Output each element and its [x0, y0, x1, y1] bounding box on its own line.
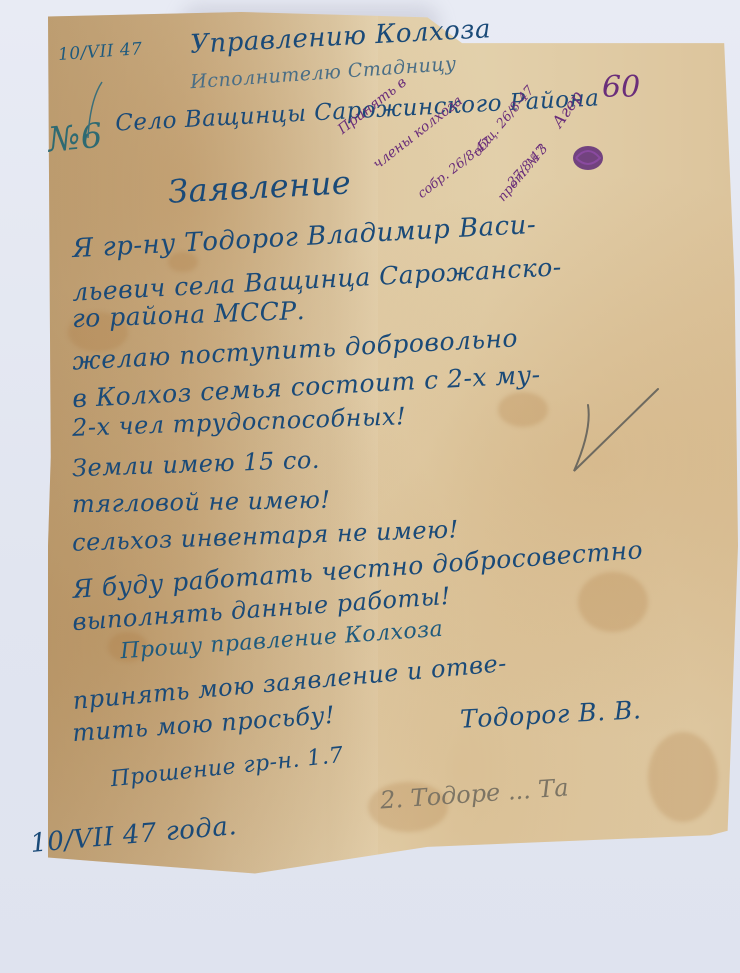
pencil-checkmark-icon	[570, 385, 670, 475]
stain	[648, 732, 718, 822]
margin-stroke	[80, 80, 110, 140]
purple-stamp-scribble	[568, 140, 608, 176]
stain	[498, 392, 548, 427]
archive-number: 60	[602, 70, 640, 105]
stain	[578, 572, 648, 632]
body-line-8: тягловой не имею!	[72, 486, 331, 519]
